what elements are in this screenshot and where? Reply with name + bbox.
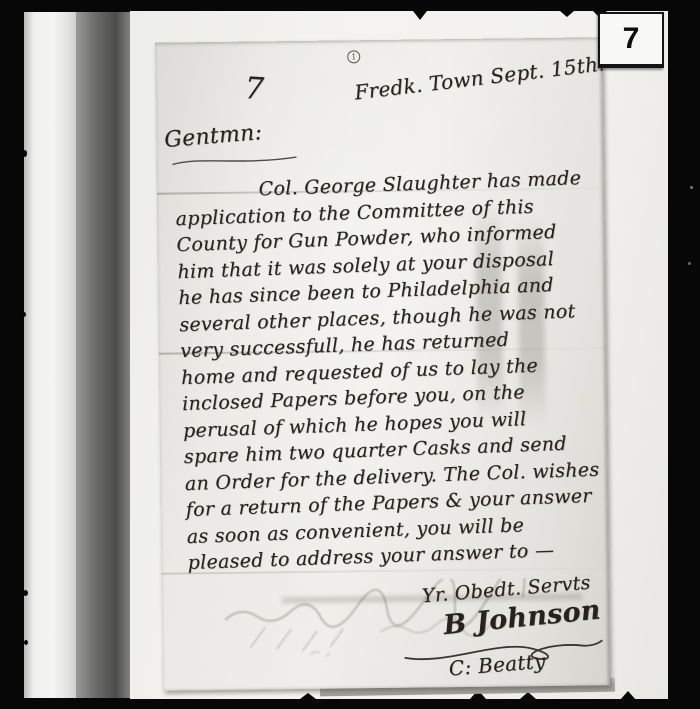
dust-speck xyxy=(24,640,28,645)
letter-page: 7 1 Fredk. Town Sept. 15th. 1775 Gentmn:… xyxy=(155,37,610,690)
dust-speck xyxy=(23,150,27,157)
dust-speck xyxy=(22,312,26,317)
dust-speck xyxy=(688,262,691,265)
salutation-flourish xyxy=(170,153,300,169)
torn-edge-notch xyxy=(560,11,574,17)
photograph-of-letter: 7 1 Fredk. Town Sept. 15th. 1775 Gentmn:… xyxy=(0,0,700,709)
tag-number: 7 xyxy=(623,22,640,56)
salutation: Gentmn: xyxy=(163,120,263,153)
torn-edge-notch xyxy=(620,691,636,700)
archival-number-tag: 7 xyxy=(598,12,664,68)
adjacent-page-edge xyxy=(24,12,76,698)
torn-edge-notch xyxy=(413,11,427,20)
dateline: Fredk. Town Sept. 15th. 1775 xyxy=(353,44,610,104)
torn-edge-notch xyxy=(300,693,316,699)
dust-speck xyxy=(23,590,28,596)
letter-body: Col. George Slaughter has made applicati… xyxy=(174,165,603,577)
handwritten-page-number: 7 xyxy=(244,71,265,107)
circled-annotation-mark: 1 xyxy=(347,50,360,63)
dust-speck xyxy=(690,186,693,189)
